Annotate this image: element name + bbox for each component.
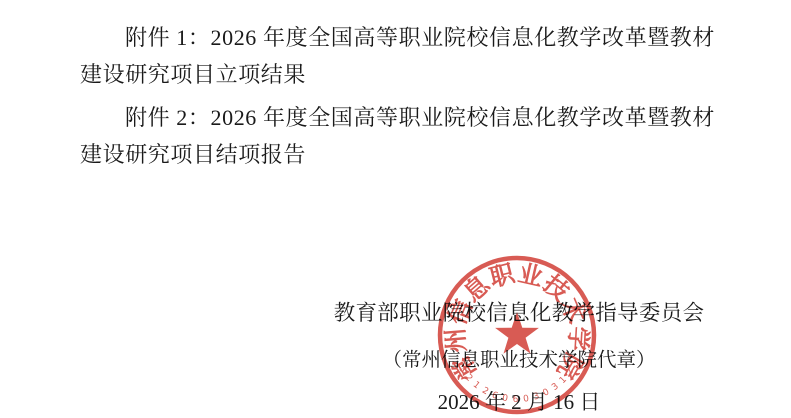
attachment-1-line-1: 附件 1：2026 年度全国高等职业院校信息化教学改革暨教材 [80, 24, 725, 52]
document-page: 附件 1：2026 年度全国高等职业院校信息化教学改革暨教材 建设研究项目立项结… [0, 0, 791, 418]
attachment-2-line-1: 附件 2：2026 年度全国高等职业院校信息化教学改革暨教材 [80, 104, 725, 132]
issuing-organization: 教育部职业院校信息化教学指导委员会 [319, 296, 719, 327]
issue-date: 2026 年 2 月 16 日 [319, 386, 719, 416]
attachment-1-line-2: 建设研究项目立项结果 [80, 61, 725, 89]
proxy-seal-note: （常州信息职业技术学院代章） [319, 344, 719, 372]
attachment-2-line-2: 建设研究项目结项报告 [80, 141, 725, 169]
